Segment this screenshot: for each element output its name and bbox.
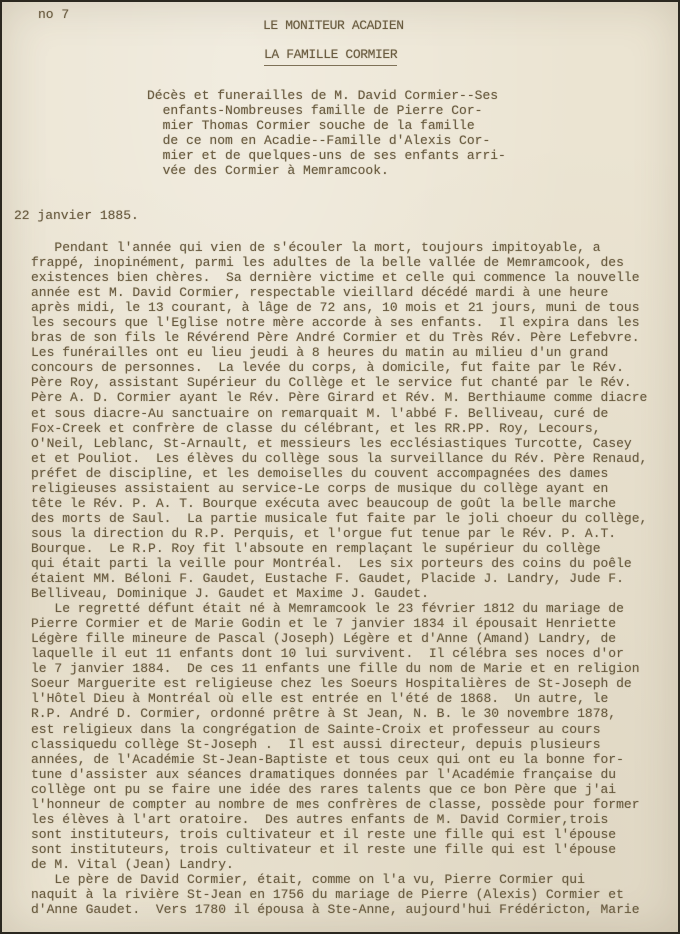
article-title: LA FAMILLE CORMIER [264, 47, 397, 66]
article-date: 22 janvier 1885. [14, 208, 139, 223]
article-body: Pendant l'année qui vien de s'écouler la… [31, 240, 647, 917]
page-number: no 7 [38, 7, 69, 22]
article-summary: Décès et funerailles de M. David Cormier… [147, 88, 506, 178]
scanned-typewritten-page: no 7 LE MONITEUR ACADIEN LA FAMILLE CORM… [0, 0, 680, 934]
publication-title: LE MONITEUR ACADIEN [263, 18, 404, 33]
